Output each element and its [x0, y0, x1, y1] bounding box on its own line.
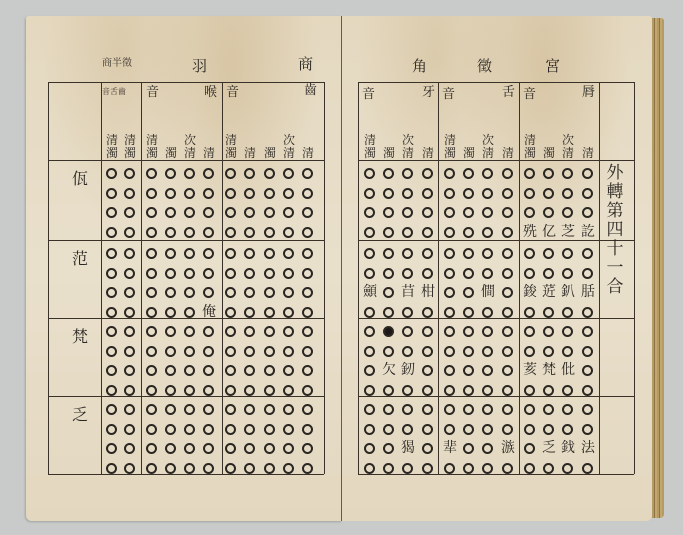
empty-cell-circle — [482, 404, 493, 415]
empty-cell-circle — [165, 385, 176, 396]
empty-cell-circle — [244, 227, 255, 238]
empty-cell-circle — [502, 385, 513, 396]
empty-cell-circle — [402, 424, 413, 435]
rhyme-character: 釟 — [560, 285, 576, 299]
empty-cell-circle — [402, 385, 413, 396]
rhyme-character: 鈛 — [560, 441, 576, 455]
empty-cell-circle — [244, 365, 255, 376]
tone-heading: 徵 — [477, 60, 492, 73]
empty-cell-circle — [364, 207, 375, 218]
empty-cell-circle — [562, 463, 573, 474]
empty-cell-circle — [444, 248, 455, 259]
empty-cell-circle — [302, 287, 313, 298]
empty-cell-circle — [543, 307, 554, 318]
column-header-char: 清 — [421, 147, 435, 160]
section-header: 齒 — [304, 84, 317, 97]
empty-cell-circle — [502, 287, 513, 298]
empty-cell-circle — [106, 268, 117, 279]
empty-cell-circle — [264, 404, 275, 415]
grid-bottom-line — [358, 474, 634, 475]
empty-cell-circle — [244, 207, 255, 218]
column-header-char: 濁 — [363, 147, 377, 160]
column-header-char: 清 — [301, 147, 315, 160]
empty-cell-circle — [402, 463, 413, 474]
empty-cell-circle — [124, 424, 135, 435]
empty-cell-circle — [463, 385, 474, 396]
empty-cell-circle — [106, 307, 117, 318]
empty-cell-circle — [562, 307, 573, 318]
empty-cell-circle — [364, 424, 375, 435]
empty-cell-circle — [463, 307, 474, 318]
rhyme-character: 柑 — [420, 285, 436, 299]
empty-cell-circle — [244, 346, 255, 357]
empty-cell-circle — [582, 404, 593, 415]
top-mark: 商半徵 — [102, 60, 132, 67]
empty-cell-circle — [106, 326, 117, 337]
empty-cell-circle — [422, 307, 433, 318]
empty-cell-circle — [146, 346, 157, 357]
rhyme-character: 亿 — [541, 225, 557, 239]
empty-cell-circle — [203, 443, 214, 454]
empty-cell-circle — [524, 188, 535, 199]
empty-cell-circle — [264, 463, 275, 474]
empty-cell-circle — [543, 268, 554, 279]
rhyme-character: 僴 — [480, 285, 496, 299]
empty-cell-circle — [402, 207, 413, 218]
empty-cell-circle — [402, 346, 413, 357]
empty-cell-circle — [364, 385, 375, 396]
empty-cell-circle — [244, 248, 255, 259]
column-header-char: 濁 — [224, 147, 238, 160]
empty-cell-circle — [463, 248, 474, 259]
open-book: 商半徵音舌齒羽商音喉音齒清濁清濁清濁濁次清清清濁清濁次清清佤范梵乏俺 角徵宮音牙… — [26, 16, 664, 521]
empty-cell-circle — [283, 404, 294, 415]
row-divider — [48, 318, 324, 319]
row-divider — [358, 396, 634, 397]
section-divider — [599, 82, 600, 474]
rhyme-character: 猲 — [400, 441, 416, 455]
rhyme-character: 乏 — [541, 441, 557, 455]
empty-cell-circle — [543, 346, 554, 357]
empty-cell-circle — [184, 307, 195, 318]
empty-cell-circle — [383, 268, 394, 279]
empty-cell-circle — [244, 188, 255, 199]
empty-cell-circle — [203, 227, 214, 238]
empty-cell-circle — [582, 385, 593, 396]
empty-cell-circle — [463, 268, 474, 279]
empty-cell-circle — [422, 424, 433, 435]
rhyme-character: 芝 — [560, 225, 576, 239]
empty-cell-circle — [543, 463, 554, 474]
empty-cell-circle — [482, 168, 493, 179]
section-divider — [358, 82, 359, 474]
column-header-char: 清 — [561, 147, 575, 160]
empty-cell-circle — [444, 385, 455, 396]
empty-cell-circle — [225, 287, 236, 298]
empty-cell-circle — [463, 365, 474, 376]
empty-cell-circle — [463, 227, 474, 238]
empty-cell-circle — [562, 424, 573, 435]
tone-heading: 角 — [412, 60, 427, 73]
empty-cell-circle — [543, 188, 554, 199]
empty-cell-circle — [562, 188, 573, 199]
column-header-char: 清 — [202, 147, 216, 160]
empty-cell-circle — [184, 365, 195, 376]
section-header: 舌 — [502, 86, 515, 99]
column-header-char: 濁 — [263, 147, 277, 160]
empty-cell-circle — [543, 424, 554, 435]
empty-cell-circle — [106, 188, 117, 199]
column-header-char: 濁 — [542, 147, 556, 160]
empty-cell-circle — [444, 365, 455, 376]
empty-cell-circle — [302, 443, 313, 454]
grid-bottom-line — [48, 474, 324, 475]
empty-cell-circle — [364, 443, 375, 454]
empty-cell-circle — [444, 346, 455, 357]
empty-cell-circle — [422, 188, 433, 199]
empty-cell-circle — [165, 443, 176, 454]
column-header-char: 清 — [183, 147, 197, 160]
empty-cell-circle — [444, 463, 455, 474]
empty-cell-circle — [124, 463, 135, 474]
section-divider — [222, 82, 223, 474]
empty-cell-circle — [203, 463, 214, 474]
column-header-char: 濁 — [523, 147, 537, 160]
empty-cell-circle — [184, 326, 195, 337]
empty-cell-circle — [463, 188, 474, 199]
empty-cell-circle — [124, 404, 135, 415]
rhyme-character: 荄 — [522, 363, 538, 377]
empty-cell-circle — [244, 385, 255, 396]
empty-cell-circle — [264, 346, 275, 357]
empty-cell-circle — [383, 188, 394, 199]
empty-cell-circle — [543, 207, 554, 218]
empty-cell-circle — [165, 463, 176, 474]
empty-cell-circle — [482, 268, 493, 279]
empty-cell-circle — [422, 404, 433, 415]
empty-cell-circle — [283, 385, 294, 396]
empty-cell-circle — [502, 346, 513, 357]
empty-cell-circle — [225, 346, 236, 357]
empty-cell-circle — [225, 248, 236, 259]
empty-cell-circle — [146, 326, 157, 337]
empty-cell-circle — [562, 248, 573, 259]
empty-cell-circle — [364, 307, 375, 318]
empty-cell-circle — [244, 168, 255, 179]
empty-cell-circle — [146, 463, 157, 474]
empty-cell-circle — [502, 365, 513, 376]
rhyme-character: 欠 — [381, 363, 397, 377]
title-char: 四 — [604, 221, 626, 240]
empty-cell-circle — [283, 248, 294, 259]
empty-cell-circle — [502, 404, 513, 415]
column-header-char: 清 — [581, 147, 595, 160]
empty-cell-circle — [106, 227, 117, 238]
empty-cell-circle — [225, 168, 236, 179]
empty-cell-circle — [383, 248, 394, 259]
empty-cell-circle — [524, 268, 535, 279]
empty-cell-circle — [124, 207, 135, 218]
empty-cell-circle — [244, 268, 255, 279]
empty-cell-circle — [146, 248, 157, 259]
title-char: 轉 — [604, 183, 626, 202]
empty-cell-circle — [184, 346, 195, 357]
rhyme-character: 顩 — [362, 285, 378, 299]
empty-cell-circle — [184, 443, 195, 454]
row-label: 范 — [72, 246, 88, 269]
empty-cell-circle — [146, 268, 157, 279]
empty-cell-circle — [543, 404, 554, 415]
empty-cell-circle — [524, 168, 535, 179]
empty-cell-circle — [502, 424, 513, 435]
empty-cell-circle — [582, 268, 593, 279]
empty-cell-circle — [106, 424, 117, 435]
column-header-char: 濁 — [123, 147, 137, 160]
empty-cell-circle — [482, 248, 493, 259]
empty-cell-circle — [146, 188, 157, 199]
left-page: 商半徵音舌齒羽商音喉音齒清濁清濁清濁濁次清清清濁清濁次清清佤范梵乏俺 — [26, 16, 342, 521]
empty-cell-circle — [482, 443, 493, 454]
section-header: 音 — [523, 88, 536, 101]
empty-cell-circle — [203, 404, 214, 415]
empty-cell-circle — [165, 404, 176, 415]
column-header-char: 清 — [243, 147, 257, 160]
empty-cell-circle — [264, 248, 275, 259]
empty-cell-circle — [402, 268, 413, 279]
filled-cell-circle — [383, 326, 394, 337]
empty-cell-circle — [146, 424, 157, 435]
empty-cell-circle — [106, 168, 117, 179]
empty-cell-circle — [463, 404, 474, 415]
empty-cell-circle — [422, 385, 433, 396]
empty-cell-circle — [364, 227, 375, 238]
empty-cell-circle — [225, 365, 236, 376]
empty-cell-circle — [165, 346, 176, 357]
empty-cell-circle — [562, 385, 573, 396]
empty-cell-circle — [582, 346, 593, 357]
empty-cell-circle — [165, 268, 176, 279]
empty-cell-circle — [383, 227, 394, 238]
empty-cell-circle — [225, 404, 236, 415]
empty-cell-circle — [422, 326, 433, 337]
empty-cell-circle — [562, 168, 573, 179]
empty-cell-circle — [203, 168, 214, 179]
empty-cell-circle — [463, 463, 474, 474]
rhyme-character: 㹃 — [442, 441, 458, 455]
rhyme-character: 仳 — [560, 363, 576, 377]
empty-cell-circle — [106, 463, 117, 474]
empty-cell-circle — [302, 404, 313, 415]
rhyme-character: 俺 — [201, 305, 217, 319]
top-mark: 音舌齒 — [102, 88, 126, 95]
empty-cell-circle — [124, 443, 135, 454]
empty-cell-circle — [184, 463, 195, 474]
empty-cell-circle — [264, 287, 275, 298]
empty-cell-circle — [225, 268, 236, 279]
empty-cell-circle — [364, 365, 375, 376]
empty-cell-circle — [364, 404, 375, 415]
grid-top-line — [48, 82, 324, 83]
empty-cell-circle — [422, 227, 433, 238]
empty-cell-circle — [402, 227, 413, 238]
empty-cell-circle — [422, 207, 433, 218]
empty-cell-circle — [203, 188, 214, 199]
grid-header-line — [48, 160, 324, 161]
empty-cell-circle — [244, 404, 255, 415]
empty-cell-circle — [562, 404, 573, 415]
empty-cell-circle — [124, 326, 135, 337]
empty-cell-circle — [463, 424, 474, 435]
empty-cell-circle — [364, 248, 375, 259]
empty-cell-circle — [364, 326, 375, 337]
section-header: 脣 — [582, 86, 595, 99]
right-page: 角徵宮音牙音舌音脣清濁濁次清清清濁濁次淸清清濁濁次清清外轉第四十一合㱡亿芝訖顩䒤… — [342, 16, 652, 521]
empty-cell-circle — [283, 168, 294, 179]
tone-heading: 商 — [298, 58, 313, 71]
empty-cell-circle — [264, 307, 275, 318]
empty-cell-circle — [444, 188, 455, 199]
empty-cell-circle — [422, 268, 433, 279]
empty-cell-circle — [146, 227, 157, 238]
tone-heading: 宮 — [545, 60, 560, 73]
empty-cell-circle — [124, 188, 135, 199]
rhyme-character: 法 — [580, 441, 596, 455]
empty-cell-circle — [302, 227, 313, 238]
empty-cell-circle — [165, 326, 176, 337]
empty-cell-circle — [106, 346, 117, 357]
empty-cell-circle — [106, 207, 117, 218]
empty-cell-circle — [444, 307, 455, 318]
column-header-char: 濁 — [382, 147, 396, 160]
empty-cell-circle — [524, 346, 535, 357]
grid-top-line — [358, 82, 634, 83]
empty-cell-circle — [383, 346, 394, 357]
empty-cell-circle — [124, 346, 135, 357]
empty-cell-circle — [244, 307, 255, 318]
empty-cell-circle — [165, 424, 176, 435]
empty-cell-circle — [244, 287, 255, 298]
empty-cell-circle — [582, 188, 593, 199]
rhyme-character: 䏦 — [580, 285, 596, 299]
empty-cell-circle — [124, 385, 135, 396]
rhyme-character: 梵 — [541, 363, 557, 377]
empty-cell-circle — [203, 424, 214, 435]
empty-cell-circle — [146, 168, 157, 179]
empty-cell-circle — [463, 287, 474, 298]
empty-cell-circle — [482, 307, 493, 318]
empty-cell-circle — [383, 168, 394, 179]
title-char: 合 — [604, 278, 626, 297]
empty-cell-circle — [184, 227, 195, 238]
empty-cell-circle — [302, 365, 313, 376]
empty-cell-circle — [146, 443, 157, 454]
empty-cell-circle — [106, 365, 117, 376]
column-header-char: 濁 — [105, 147, 119, 160]
section-header: 音 — [362, 88, 375, 101]
empty-cell-circle — [165, 307, 176, 318]
empty-cell-circle — [582, 248, 593, 259]
empty-cell-circle — [146, 385, 157, 396]
rhyme-character: 䒤 — [400, 285, 416, 299]
empty-cell-circle — [524, 385, 535, 396]
section-header: 牙 — [422, 86, 435, 99]
empty-cell-circle — [165, 227, 176, 238]
column-header-char: 濁 — [145, 147, 159, 160]
empty-cell-circle — [124, 307, 135, 318]
empty-cell-circle — [444, 227, 455, 238]
empty-cell-circle — [582, 365, 593, 376]
side-column-line — [634, 82, 635, 474]
empty-cell-circle — [562, 268, 573, 279]
column-header-char: 清 — [401, 147, 415, 160]
empty-cell-circle — [225, 207, 236, 218]
empty-cell-circle — [543, 385, 554, 396]
empty-cell-circle — [562, 326, 573, 337]
empty-cell-circle — [124, 268, 135, 279]
empty-cell-circle — [502, 268, 513, 279]
column-header-char: 淸 — [481, 147, 495, 160]
rhyme-character: 鋑 — [522, 285, 538, 299]
row-divider — [358, 240, 634, 241]
empty-cell-circle — [402, 326, 413, 337]
title-char: 外 — [604, 164, 626, 183]
empty-cell-circle — [225, 227, 236, 238]
empty-cell-circle — [383, 404, 394, 415]
empty-cell-circle — [203, 287, 214, 298]
empty-cell-circle — [184, 385, 195, 396]
empty-cell-circle — [562, 207, 573, 218]
row-label: 乏 — [72, 402, 88, 425]
empty-cell-circle — [244, 424, 255, 435]
rhyme-character: 釰 — [400, 363, 416, 377]
empty-cell-circle — [582, 307, 593, 318]
grid-header-line — [358, 160, 634, 161]
empty-cell-circle — [264, 443, 275, 454]
empty-cell-circle — [582, 207, 593, 218]
empty-cell-circle — [146, 365, 157, 376]
empty-cell-circle — [106, 404, 117, 415]
empty-cell-circle — [302, 307, 313, 318]
empty-cell-circle — [582, 424, 593, 435]
empty-cell-circle — [225, 188, 236, 199]
empty-cell-circle — [543, 326, 554, 337]
section-divider — [101, 82, 102, 474]
empty-cell-circle — [502, 248, 513, 259]
empty-cell-circle — [482, 365, 493, 376]
empty-cell-circle — [225, 385, 236, 396]
empty-cell-circle — [482, 326, 493, 337]
empty-cell-circle — [422, 365, 433, 376]
empty-cell-circle — [184, 424, 195, 435]
empty-cell-circle — [165, 188, 176, 199]
empty-cell-circle — [302, 188, 313, 199]
empty-cell-circle — [502, 188, 513, 199]
empty-cell-circle — [482, 424, 493, 435]
empty-cell-circle — [524, 207, 535, 218]
empty-cell-circle — [463, 443, 474, 454]
section-divider — [324, 82, 325, 474]
empty-cell-circle — [302, 268, 313, 279]
empty-cell-circle — [106, 248, 117, 259]
empty-cell-circle — [165, 287, 176, 298]
empty-cell-circle — [302, 326, 313, 337]
empty-cell-circle — [264, 385, 275, 396]
empty-cell-circle — [184, 248, 195, 259]
empty-cell-circle — [444, 424, 455, 435]
empty-cell-circle — [203, 326, 214, 337]
empty-cell-circle — [283, 424, 294, 435]
empty-cell-circle — [482, 188, 493, 199]
